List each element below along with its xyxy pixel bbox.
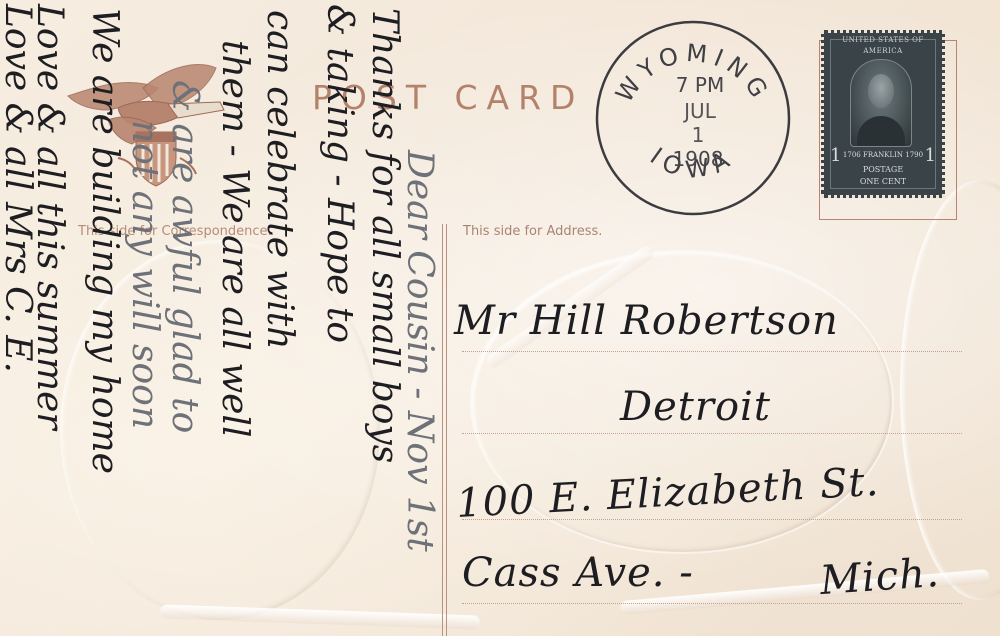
postage-stamp: UNITED STATES OF AMERICA 1 1 1706 FRANKL… — [815, 30, 958, 215]
embossed-ribbon — [160, 604, 480, 629]
center-divider — [442, 224, 447, 636]
address-state: Mich. — [819, 550, 942, 604]
embossed-ornament — [900, 180, 1000, 600]
address-street: 100 E. Elizabeth St. — [455, 459, 880, 527]
correspondence-line: can celebrate with — [259, 10, 300, 349]
correspondence-line: & are awful glad to — [164, 80, 205, 433]
postmark-year: 1908 — [673, 147, 724, 171]
stamp-postage: POSTAGE — [824, 165, 942, 174]
correspondence-line: Love & all Mrs C. E. — [0, 4, 38, 373]
address-side-label: This side for Address. — [463, 224, 602, 239]
stamp-value: ONE CENT — [824, 177, 942, 186]
correspondence-line: We are building my home — [84, 8, 125, 474]
franklin-portrait-icon — [850, 59, 912, 147]
postmark-month: JUL — [682, 99, 717, 123]
correspondence-line: Thanks for all small boys — [364, 8, 405, 463]
correspondence-line: not any will soon — [124, 120, 165, 429]
postmark-time: 7 PM — [676, 73, 724, 97]
address-recipient: Mr Hill Robertson — [454, 298, 839, 344]
franklin-one-cent-stamp: UNITED STATES OF AMERICA 1 1 1706 FRANKL… — [821, 30, 945, 198]
postmark-day: 1 — [692, 123, 705, 147]
stamp-country-2: AMERICA — [824, 47, 942, 55]
address-avenue: Cass Ave. - — [462, 550, 694, 596]
postmark-cancel-icon: WYOMING IOWA 7 PM JUL 1 1908 — [588, 18, 798, 218]
address-line — [462, 603, 962, 604]
stamp-country: UNITED STATES OF — [824, 36, 942, 44]
address-line — [462, 351, 962, 352]
address-city: Detroit — [620, 384, 771, 430]
correspondence-line: them - We are all well — [214, 40, 255, 437]
postcard: POST CARD This side for Correspondence. … — [0, 0, 1000, 636]
correspondence-line: Dear Cousin - Nov 1st — [399, 150, 440, 552]
stamp-name-line: 1706 FRANKLIN 1790 — [824, 151, 942, 159]
correspondence-line: & taking - Hope to — [319, 4, 360, 343]
address-line — [462, 433, 962, 434]
